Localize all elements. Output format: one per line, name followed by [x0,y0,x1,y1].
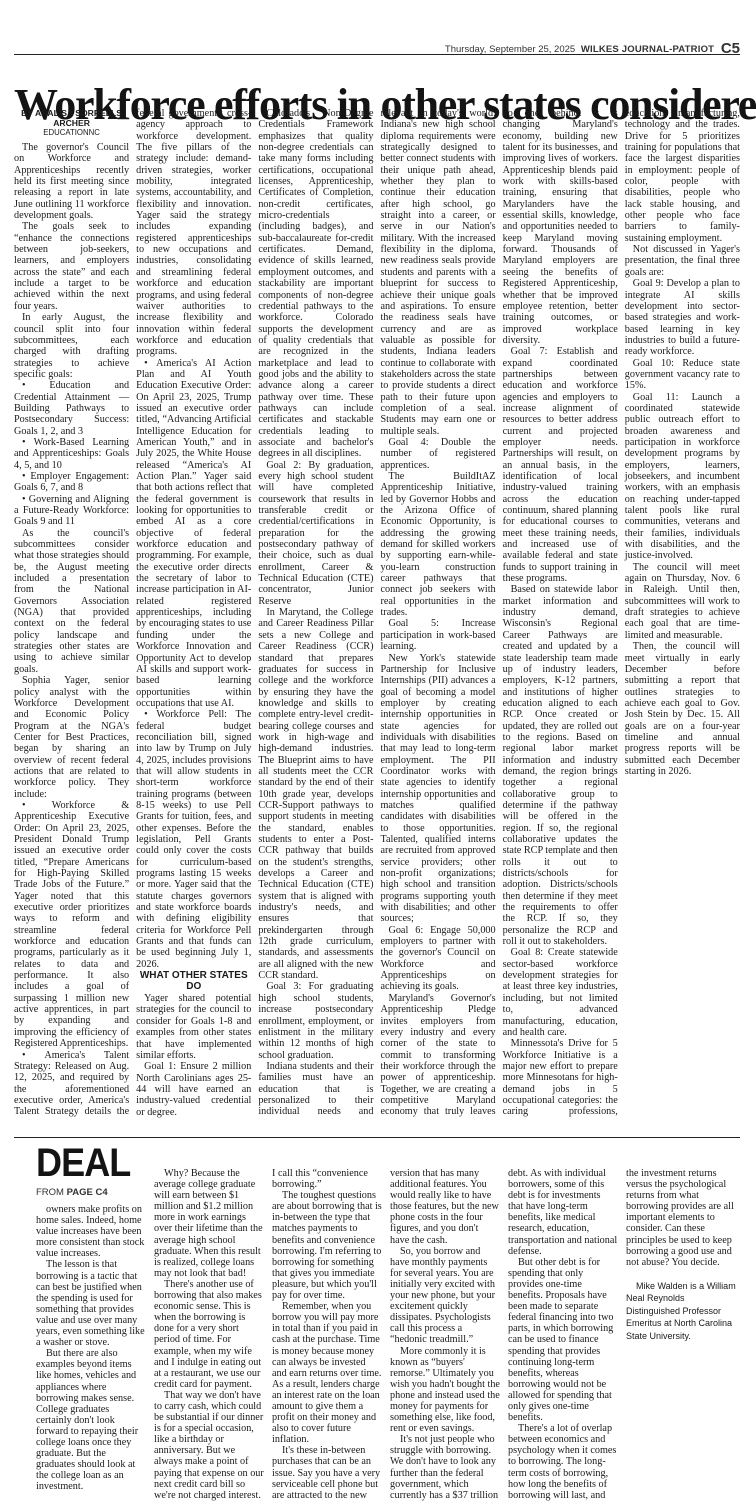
paragraph: The governor's Council on Workforce and … [14,142,129,221]
paragraph: Goal 11: Launch a coordinated statewide … [625,392,740,562]
folio-line: Thursday, September 25, 2025 WILKES JOUR… [0,40,756,54]
paragraph: Goal 10: Reduce state government vacancy… [625,358,740,392]
paragraph: Goal 1: Ensure 2 million North Carolinia… [136,1061,251,1118]
jump-column-spacer [36,1168,146,1204]
paragraph: Workforce & Apprenticeship Executive Ord… [14,800,129,1050]
section-divider [14,1137,740,1138]
article-body: BY ANALISA SORRELLS ARCHER EDUCATIONNC T… [14,108,740,1128]
paragraph: Governing and Aligning a Future-Ready Wo… [14,494,129,528]
paragraph: Goal 2: By graduation, every high school… [258,460,373,607]
paragraph: More commonly it is known as “buyers' re… [390,1346,500,1435]
paragraph: Goal 7: Establish and expand coordinated… [503,346,618,584]
paragraph: The BuildItAZ Apprenticeship Initiative,… [380,471,495,618]
paragraph: New York's statewide Partnership for Inc… [380,653,495,925]
paragraph: Goal 9: Develop a plan to integrate AI s… [625,278,740,357]
paragraph: Work-Based Learning and Apprenticeships:… [14,437,129,471]
byline-affiliation: EDUCATIONNC [14,128,129,138]
paragraph: Why? Because the average college graduat… [154,1168,264,1279]
paragraph: As the council's subcommittees consider … [14,528,129,675]
paragraph: Goal 3: For graduating high school stude… [258,981,373,1060]
paragraph: In early August, the council split into … [14,312,129,380]
paragraph: Employer Engagement: Goals 6, 7, and 8 [14,471,129,494]
paragraph: But other debt is for spending that only… [508,1257,618,1423]
byline: BY ANALISA SORRELLS ARCHER [14,108,129,128]
paragraph: Based on statewide labor market informat… [503,584,618,947]
paragraph: Yager shared potential strategies for th… [136,993,251,1061]
folio-divider [14,54,740,55]
paragraph: Colorado's Non-Degree Credentials Framew… [258,108,373,460]
section-subhead: WHAT OTHER STATES DO [136,970,251,992]
paragraph: America's AI Action Plan and AI Youth Ed… [136,358,251,710]
paragraph: Then, the council will meet virtually in… [625,641,740,777]
paragraph: Goal 6: Engage 50,000 employers to partn… [380,925,495,993]
paragraph: Sophia Yager, senior policy analyst with… [14,675,129,800]
paragraph: Education and Credential Attainment — Bu… [14,380,129,437]
paragraph: So, you borrow and have monthly payments… [390,1246,500,1346]
newspaper-page: Thursday, September 25, 2025 WILKES JOUR… [0,0,756,1512]
paragraph: The lesson is that borrowing is a tactic… [36,1259,146,1348]
paragraph: Not discussed in Yager's presentation, t… [625,244,740,278]
paragraph: Goal 4: Double the number of registered … [380,437,495,471]
paragraph: Workforce Pell: The federal budget recon… [136,709,251,970]
paragraph: The goals seek to “enhance the connectio… [14,221,129,312]
paragraph: But there are also examples beyond items… [36,1348,146,1492]
paragraph: There's another use of borrowing that al… [154,1279,264,1390]
paragraph: Goal 8: Create statewide sector-based wo… [503,947,618,1038]
paragraph: The council will meet again on Thursday,… [625,562,740,641]
paragraph: The toughest questions are about borrowi… [272,1190,382,1301]
paragraph: Goal 5: Increase participation in work-b… [380,618,495,652]
paragraph: owners make profits on home sales. Indee… [36,1204,146,1259]
paragraph: In Marytand, the College and Career Read… [258,607,373,981]
paragraph: Remember, when you borrow you will pay m… [272,1301,382,1445]
jump-article-body: owners make profits on home sales. Indee… [36,1168,736,1508]
author-bio: Mike Walden is a William Neal Reynolds D… [626,1280,736,1343]
